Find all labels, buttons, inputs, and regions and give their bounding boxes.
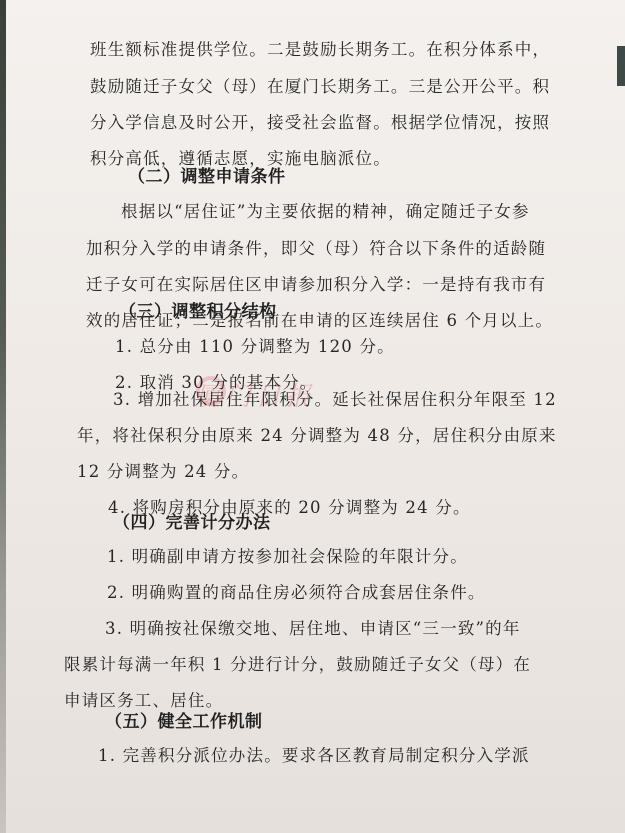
section-heading-5: （五）健全工作机制 — [105, 707, 263, 732]
text-line: 鼓励随迁子女父（母）在厦门长期务工。三是公开公平。积 — [90, 73, 550, 97]
text-line: 分入学信息及时公开，接受社会监督。根据学位情况，按照 — [90, 109, 550, 133]
text-line: 根据以“居住证”为主要依据的精神，确定随迁子女参 — [121, 198, 530, 222]
list-item: 2. 明确购置的商品住房必须符合成套居住条件。 — [107, 579, 486, 603]
text-line: 迁子女可在实际居住区申请参加积分入学：一是持有我市有 — [86, 271, 546, 295]
list-item: 3. 明确按社保缴交地、居住地、申请区“三一致”的年 — [105, 615, 521, 639]
section-heading-3: （三）调整积分结构 — [119, 297, 277, 322]
section-heading-2: （二）调整申请条件 — [128, 162, 286, 187]
page-right-edge-shadow — [617, 46, 625, 86]
text-line: 12 分调整为 24 分。 — [77, 458, 249, 482]
section-heading-4: （四）完善计分办法 — [113, 508, 271, 533]
list-item: 1. 明确副申请方按参加社会保险的年限计分。 — [107, 543, 468, 567]
text-line: 年，将社保积分由原来 24 分调整为 48 分，居住积分由原来 — [77, 422, 557, 446]
list-item: 3. 增加社保居住年限积分。延长社保居住积分年限至 12 — [113, 386, 557, 410]
text-line: 班生额标准提供学位。二是鼓励长期务工。在积分体系中， — [90, 36, 550, 60]
text-line: 限累计每满一年积 1 分进行计分，鼓励随迁子女父（母）在 — [64, 651, 531, 675]
text-line: 加积分入学的申请条件，即父（母）符合以下条件的适龄随 — [86, 235, 546, 259]
list-item: 1. 完善积分派位办法。要求各区教育局制定积分入学派 — [98, 742, 530, 766]
list-item: 1. 总分由 110 分调整为 120 分。 — [115, 333, 395, 357]
